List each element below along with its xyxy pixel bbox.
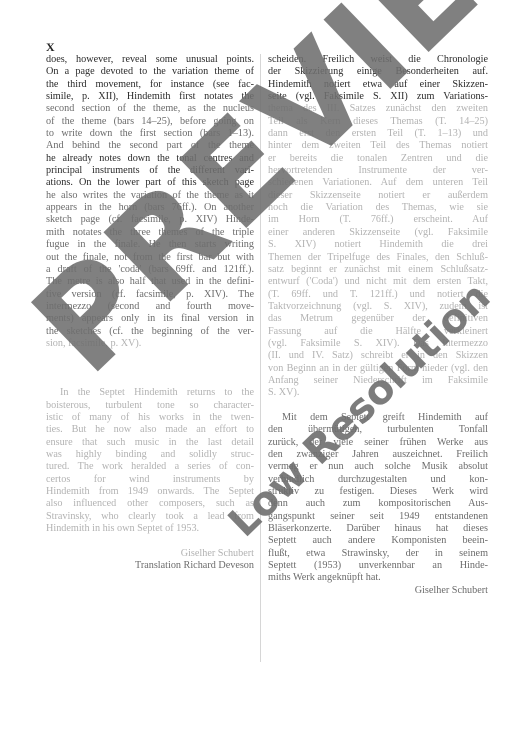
- english-paragraph-1: does, however, reveal some unusual point…: [46, 54, 254, 350]
- text-line: second section of the theme, as the nucl…: [46, 103, 254, 115]
- text-line: a draft of the 'coda' (bars 69ff. and 12…: [46, 264, 254, 276]
- text-line: Septett auch andere Komponisten beein-: [268, 535, 488, 547]
- text-line: im Horn (T. 76ff.) erscheint. Auf: [268, 214, 488, 226]
- text-line: out the finale, not from the first bar b…: [46, 252, 254, 264]
- text-line: principal instruments of the different v…: [46, 165, 254, 177]
- text-line: Septett (1953) unverkennbar an Hinde-: [268, 560, 488, 572]
- text-line: flußt, etwa Strawinsky, der in seinem: [268, 548, 488, 560]
- text-line: Taktvorzeichnung (vgl. S. XIV), zudem is…: [268, 301, 488, 313]
- text-line: And behind the second part of the theme: [46, 140, 254, 152]
- text-line: In the Septet Hindemith returns to the: [46, 387, 254, 399]
- text-line: Bläserkonzerte. Darüber hinaus hat diese…: [268, 523, 488, 535]
- text-line: he already notes down the tonal centres …: [46, 153, 254, 165]
- text-line: Teil als Kern dieses Themas (T. 14–25): [268, 116, 488, 128]
- text-line: Stravinsky, who clearly took a lead from: [46, 511, 254, 523]
- text-line: sketch page (cf. facsimile, p. XIV) Hind…: [46, 214, 254, 226]
- text-line: satz beginnt er zunächst mit einem Schlu…: [268, 264, 488, 276]
- text-line: ties. But he now also made an effort to: [46, 424, 254, 436]
- text-line: S. XIV) notiert Hindemith die drei: [268, 239, 488, 251]
- author-signature-german: Giselher Schubert: [268, 585, 488, 597]
- text-line: hervortretenden Instrumente der ver-: [268, 165, 488, 177]
- text-line: (T. 69ff. und T. 121ff.) und notiert die: [268, 289, 488, 301]
- text-line: thema des III. Satzes zunächst den zweit…: [268, 103, 488, 115]
- text-line: einer anderen Skizzenseite (vgl. Faksimi…: [268, 227, 488, 239]
- text-line: mith notates the three themes of the tri…: [46, 227, 254, 239]
- text-line: istic of many of his works in the twen-: [46, 412, 254, 424]
- text-line: of the theme (bars 14–25), before going …: [46, 116, 254, 128]
- text-line: Hindemith from 1949 onwards. The Septet: [46, 486, 254, 498]
- text-line: das Metrum gegenüber der definitiven: [268, 313, 488, 325]
- text-line: verbindlich durchzugestalten und kon-: [268, 474, 488, 486]
- text-line: to write down the first section (bars 1–…: [46, 128, 254, 140]
- text-line: Hindemith notiert etwa auf einer Skizzen…: [268, 79, 488, 91]
- text-line: den zwanziger Jahren auszeichnet. Freili…: [268, 449, 488, 461]
- text-line: was highly binding and solidly struc-: [46, 449, 254, 461]
- text-line: Themen der Tripelfuge des Finales, den S…: [268, 252, 488, 264]
- text-line: noch die Variation des Themas, wie sie: [268, 202, 488, 214]
- text-line: seite (vgl. Faksimile S. XII) zum Variat…: [268, 91, 488, 103]
- text-line: gangspunkt seiner seit 1949 entstandenen: [268, 511, 488, 523]
- text-line: von Beginn an in der gültigen Form niede…: [268, 363, 488, 375]
- text-line: struktiv zu festigen. Dieses Werk wird: [268, 486, 488, 498]
- translator-credit: Translation Richard Deveson: [46, 560, 254, 572]
- text-line: tive version (cf. facsimile, p. XIV). Th…: [46, 289, 254, 301]
- text-line: scheiden. Freilich weist die Chronologie: [268, 54, 488, 66]
- text-line: ments) appears only in its final version…: [46, 313, 254, 325]
- text-line: entwurf ('Coda') und nicht mit dem erste…: [268, 276, 488, 288]
- text-line: Anfang seiner Niederschrift im Faksimile: [268, 375, 488, 387]
- text-line: fugue in the finale. He then starts writ…: [46, 239, 254, 251]
- text-line: simile, p. XII), Hindemith first notates…: [46, 91, 254, 103]
- text-line: boisterous, turbulent tone so character-: [46, 400, 254, 412]
- text-line: ations. On the lower part of this sketch…: [46, 177, 254, 189]
- text-line: zurück, der viele seiner frühen Werke au…: [268, 437, 488, 449]
- text-line: S. XV).: [268, 387, 488, 399]
- german-column: scheiden. Freilich weist die Chronologie…: [268, 54, 488, 597]
- text-line: tured. The work heralded a series of con…: [46, 461, 254, 473]
- text-line: dann erst den ersten Teil (T. 1–13) und: [268, 128, 488, 140]
- text-line: der Skizzierung einige Besonderheiten au…: [268, 66, 488, 78]
- author-signature: Giselher Schubert: [46, 548, 254, 560]
- text-line: dieser Skizzenseite notiert er außerdem: [268, 190, 488, 202]
- text-line: intermezzo (second and fourth move-: [46, 301, 254, 313]
- text-line: ensure that such music in the last detai…: [46, 437, 254, 449]
- text-line: miths Werk angeknüpft hat.: [268, 572, 488, 584]
- text-line: certos for wind instruments by: [46, 474, 254, 486]
- text-line: (vgl. Faksimile S. XIV). Das Intermezzo: [268, 338, 488, 350]
- text-line: Hindemith in his own Septet of 1953.: [46, 523, 254, 535]
- text-line: den übermütigen, turbulenten Tonfall: [268, 424, 488, 436]
- text-line: On a page devoted to the variation theme…: [46, 66, 254, 78]
- german-paragraph-1: scheiden. Freilich weist die Chronologie…: [268, 54, 488, 400]
- text-line: the third movement, for instance (see fa…: [46, 79, 254, 91]
- page-number: X: [46, 40, 55, 55]
- text-line: the sketches (cf. the beginning of the v…: [46, 326, 254, 338]
- text-line: also influenced other composers, such as: [46, 498, 254, 510]
- text-line: (II. und IV. Satz) schreibt er in den Sk…: [268, 350, 488, 362]
- score-preface-page: X does, however, reveal some unusual poi…: [0, 0, 530, 750]
- text-line: appears in the horn (bars 76ff.). On ano…: [46, 202, 254, 214]
- english-column: does, however, reveal some unusual point…: [46, 54, 254, 572]
- text-line: Mit dem Septett greift Hindemith auf: [268, 412, 488, 424]
- text-line: Fassung auf die Hälfte verkleinert: [268, 326, 488, 338]
- text-line: hinter dem zweiten Teil des Themas notie…: [268, 140, 488, 152]
- text-line: er bereits die tonalen Zentren und die: [268, 153, 488, 165]
- english-paragraph-2: In the Septet Hindemith returns to thebo…: [46, 387, 254, 535]
- column-divider: [260, 54, 261, 662]
- german-paragraph-2: Mit dem Septett greift Hindemith aufden …: [268, 412, 488, 585]
- text-line: he also writes the variation of the them…: [46, 190, 254, 202]
- text-line: The metre is also half that used in the …: [46, 276, 254, 288]
- text-line: sion, facsimile, p. XV).: [46, 338, 254, 350]
- text-line: does, however, reveal some unusual point…: [46, 54, 254, 66]
- text-line: denn auch zum kompositorischen Aus-: [268, 498, 488, 510]
- text-line: schiedenen Variationen. Auf dem unteren …: [268, 177, 488, 189]
- text-line: vermag er nun auch solche Musik absolut: [268, 461, 488, 473]
